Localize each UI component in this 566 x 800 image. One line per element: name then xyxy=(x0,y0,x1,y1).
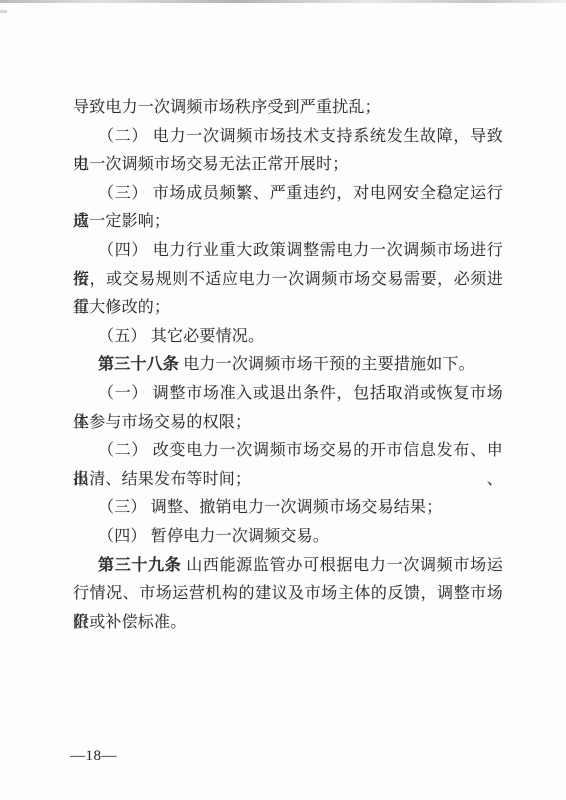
text-line: 导致电力一次调频市场秩序受到严重扰乱； xyxy=(73,94,503,123)
document-page: 导致电力一次调频市场秩序受到严重扰乱； （二） 电力一次调频市场技术支持系统发生… xyxy=(0,0,566,800)
text-line: 第三十八条 电力一次调频市场干预的主要措施如下。 xyxy=(73,351,503,380)
scan-artifact-top-line xyxy=(0,0,566,3)
text-line: 行情况、市场运营机构的建议及市场主体的反馈，调整市场限 xyxy=(73,580,503,609)
text-line: 接，或交易规则不适应电力一次调频市场交易需要，必须进行 xyxy=(73,266,503,295)
text-line: （三） 调整、撤销电力一次调频市场交易结果； xyxy=(73,494,503,523)
article-text: 电力一次调频市场干预的主要措施如下。 xyxy=(179,356,475,373)
text-line: 价或补偿标准。 xyxy=(73,609,503,638)
text-line: （二） 电力一次调频市场技术支持系统发生故障，导致电 xyxy=(73,123,503,152)
text-line: （二） 改变电力一次调频市场交易的开市信息发布、申报、 xyxy=(73,437,503,466)
text-line: （三） 市场成员频繁、严重违约，对电网安全稳定运行造 xyxy=(73,180,503,209)
text-line: 第三十九条 山西能源监管办可根据电力一次调频市场运 xyxy=(73,552,503,581)
text-line: （四） 电力行业重大政策调整需电力一次调频市场进行衔 xyxy=(73,237,503,266)
article-number: 第三十八条 xyxy=(98,356,179,373)
article-text: 山西能源监管办可根据电力一次调频市场运 xyxy=(182,557,503,574)
text-line: （一） 调整市场准入或退出条件，包括取消或恢复市场主 xyxy=(73,380,503,409)
article-number: 第三十九条 xyxy=(98,557,182,574)
text-line: 力一次调频市场交易无法正常开展时； xyxy=(73,151,503,180)
text-line: （四） 暂停电力一次调频交易。 xyxy=(73,523,503,552)
text-line: 成一定影响； xyxy=(73,208,503,237)
page-number: —18— xyxy=(70,746,117,766)
text-line: 重大修改的； xyxy=(73,294,503,323)
text-line: 体参与市场交易的权限； xyxy=(73,409,503,438)
scan-artifact-speck xyxy=(0,10,7,13)
body-text: 导致电力一次调频市场秩序受到严重扰乱； （二） 电力一次调频市场技术支持系统发生… xyxy=(73,94,503,637)
text-line: （五） 其它必要情况。 xyxy=(73,323,503,352)
